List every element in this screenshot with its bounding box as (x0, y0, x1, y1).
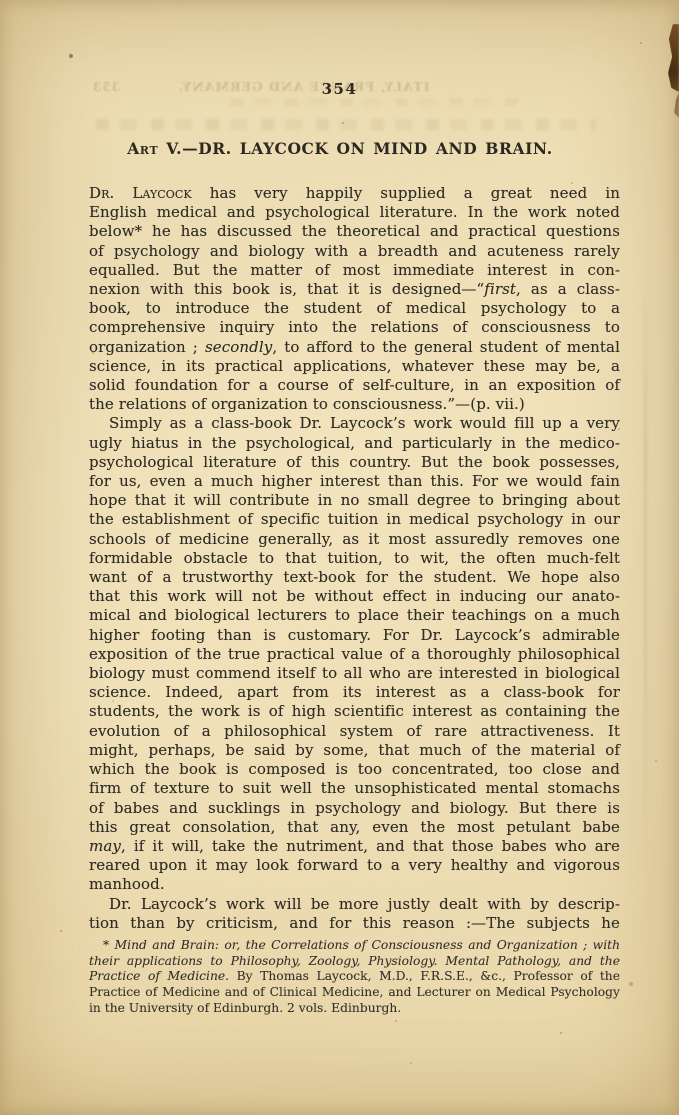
text-run: higher footing than is customary. For Dr… (89, 626, 620, 644)
text-line: the relations of organization to conscio… (89, 395, 620, 414)
article-body: Dr. Laycock has very happily supplied a … (89, 184, 620, 933)
text-run: below* he has discussed the theoretical … (89, 222, 620, 240)
text-run: evolution of a philosophical system of r… (89, 722, 620, 740)
showthrough-text-stripe (230, 98, 530, 106)
text-line: English medical and psychological litera… (89, 203, 620, 222)
text-run: book, to introduce the student of medica… (89, 299, 620, 317)
text-line: of psychology and biology with a breadth… (89, 242, 620, 261)
text-line: this great consolation, that any, even t… (89, 818, 620, 837)
text-run: , as a class- (516, 280, 620, 298)
text-line: biology must commend itself to all who a… (89, 664, 620, 683)
text-run: has very happily supplied a great need i… (192, 184, 620, 202)
text-run: hope that it will contribute in no small… (89, 491, 620, 509)
text-line: may, if it will, take the nutriment, and… (89, 837, 620, 856)
text-line: in the University of Edinburgh. 2 vols. … (89, 1001, 620, 1017)
paragraph: Dr. Laycock’s work will be more justly d… (89, 895, 620, 933)
text-run: students, the work is of high scientific… (89, 702, 620, 720)
text-line: hope that it will contribute in no small… (89, 491, 620, 510)
text-line: firm of texture to suit well the unsophi… (89, 779, 620, 798)
text-line: below* he has discussed the theoretical … (89, 222, 620, 241)
text-line: solid foundation for a course of self-cu… (89, 376, 620, 395)
showthrough-text-stripe (96, 119, 596, 130)
text-line: mical and biological lecturers to place … (89, 606, 620, 625)
text-run: that this work will not be without effec… (89, 587, 620, 605)
text-run: for us, even a much higher interest than… (89, 472, 620, 490)
text-run: science. Indeed, apart from its interest… (89, 683, 620, 701)
text-run: Practice of Medicine and of Clinical Med… (89, 985, 620, 999)
text-run: equalled. But the matter of most immedia… (89, 261, 620, 279)
text-line: * Mind and Brain: or, the Correlations o… (89, 938, 620, 954)
text-line: evolution of a philosophical system of r… (89, 722, 620, 741)
text-run: organization ; (89, 338, 205, 356)
text-run: may (89, 837, 121, 855)
text-run: the establishment of specific tuition in… (89, 510, 620, 528)
text-run: science, in its practical applications, … (89, 357, 620, 375)
text-run: schools of medicine generally, as it mos… (89, 530, 620, 548)
text-line: which the book is composed is too concen… (89, 760, 620, 779)
text-line: Dr. Laycock’s work will be more justly d… (89, 895, 620, 914)
text-line: equalled. But the matter of most immedia… (89, 261, 620, 280)
text-line: want of a trustworthy text-book for the … (89, 568, 620, 587)
text-run: psychological literature of this country… (89, 453, 620, 471)
text-line: formidable obstacle to that tuition, to … (89, 549, 620, 568)
text-line: Dr. Laycock has very happily supplied a … (89, 184, 620, 203)
text-run: reared upon it may look forward to a ver… (89, 856, 620, 874)
text-line: students, the work is of high scientific… (89, 702, 620, 721)
text-run: * (103, 938, 115, 952)
text-run: of psychology and biology with a breadth… (89, 242, 620, 260)
text-line: exposition of the true practical value o… (89, 645, 620, 664)
text-run: firm of texture to suit well the unsophi… (89, 779, 620, 797)
text-run: formidable obstacle to that tuition, to … (89, 549, 620, 567)
text-line: higher footing than is customary. For Dr… (89, 626, 620, 645)
text-line: book, to introduce the student of medica… (89, 299, 620, 318)
paragraph: Simply as a class-book Dr. Laycock’s wor… (89, 414, 620, 894)
text-line: for us, even a much higher interest than… (89, 472, 620, 491)
text-run: , if it will, take the nutriment, and th… (121, 837, 620, 855)
text-run: solid foundation for a course of self-cu… (89, 376, 620, 394)
text-line: tion than by criticism, and for this rea… (89, 914, 620, 933)
text-run: which the book is composed is too concen… (89, 760, 620, 778)
paper-specks (0, 0, 2, 2)
text-line: the establishment of specific tuition in… (89, 510, 620, 529)
text-run: exposition of the true practical value o… (89, 645, 620, 663)
text-run: biology must commend itself to all who a… (89, 664, 620, 682)
text-line: that this work will not be without effec… (89, 587, 620, 606)
text-line: science, in its practical applications, … (89, 357, 620, 376)
text-run: manhood. (89, 875, 165, 893)
text-line: psychological literature of this country… (89, 453, 620, 472)
text-run: Mind and Brain: or, the Correlations of … (115, 938, 620, 952)
text-run: want of a trustworthy text-book for the … (89, 568, 620, 586)
text-line: organization ; secondly, to afford to th… (89, 338, 620, 357)
page-crease (644, 260, 647, 880)
page-number: 354 (0, 80, 679, 98)
text-run: nexion with this book is, that it is des… (89, 280, 484, 298)
text-run: first (484, 280, 516, 298)
text-run: English medical and psychological litera… (89, 203, 620, 221)
article-title: Art V.—DR. LAYCOCK ON MIND AND BRAIN. (60, 139, 620, 158)
text-line: ugly hiatus in the psychological, and pa… (89, 434, 620, 453)
text-run: Dr. Laycock’s work will be more justly d… (109, 895, 620, 913)
text-line: reared upon it may look forward to a ver… (89, 856, 620, 875)
text-line: science. Indeed, apart from its interest… (89, 683, 620, 702)
text-run: comprehensive inquiry into the relations… (89, 318, 620, 336)
text-run: of babes and sucklings in psychology and… (89, 799, 620, 817)
text-run: Practice of Medicine. (89, 969, 229, 983)
text-run: ugly hiatus in the psychological, and pa… (89, 434, 620, 452)
text-line: of babes and sucklings in psychology and… (89, 799, 620, 818)
text-line: manhood. (89, 875, 620, 894)
text-run: the relations of organization to conscio… (89, 395, 525, 413)
text-line: might, perhaps, be said by some, that mu… (89, 741, 620, 760)
text-line: schools of medicine generally, as it mos… (89, 530, 620, 549)
text-line: their applications to Philosophy, Zoolog… (89, 954, 620, 970)
text-line: comprehensive inquiry into the relations… (89, 318, 620, 337)
text-run: , to afford to the general student of me… (272, 338, 620, 356)
text-run: tion than by criticism, and for this rea… (89, 914, 620, 932)
text-run: By Thomas Laycock, M.D., F.R.S.E., &c., … (229, 969, 620, 983)
text-line: Simply as a class-book Dr. Laycock’s wor… (89, 414, 620, 433)
text-run: Dr. Laycock (89, 184, 192, 202)
text-run: this great consolation, that any, even t… (89, 818, 620, 836)
text-line: nexion with this book is, that it is des… (89, 280, 620, 299)
text-line: Practice of Medicine and of Clinical Med… (89, 985, 620, 1001)
footnote: * Mind and Brain: or, the Correlations o… (89, 938, 620, 1017)
text-run: in the University of Edinburgh. 2 vols. … (89, 1001, 401, 1015)
text-run: mical and biological lecturers to place … (89, 606, 620, 624)
text-run: secondly (205, 338, 272, 356)
text-run: their applications to Philosophy, Zoolog… (89, 954, 620, 968)
paragraph: Dr. Laycock has very happily supplied a … (89, 184, 620, 414)
text-run: Simply as a class-book Dr. Laycock’s wor… (109, 414, 620, 432)
text-run: might, perhaps, be said by some, that mu… (89, 741, 620, 759)
text-line: Practice of Medicine. By Thomas Laycock,… (89, 969, 620, 985)
scanned-book-page: 353 ITALY, FRANCE AND GERMANY. 354 Art V… (0, 0, 679, 1115)
